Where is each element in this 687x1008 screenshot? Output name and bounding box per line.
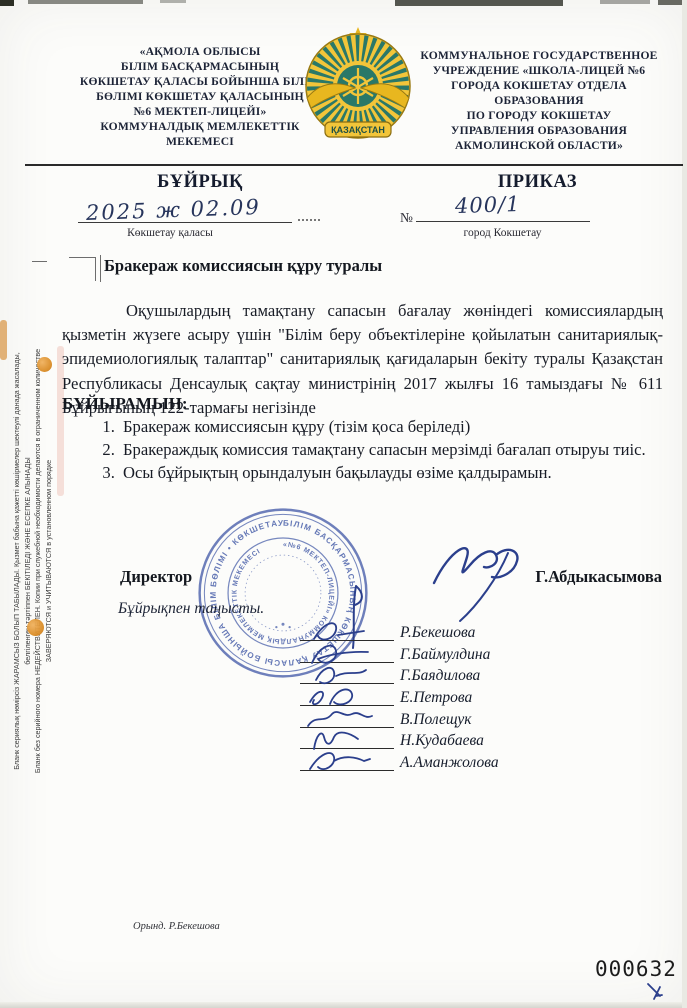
place-russian: город Кокшетау <box>420 227 585 239</box>
signatory-name: А.Аманжолова <box>400 754 499 772</box>
kazakhstan-emblem-icon: ҚАЗАҚСТАН <box>299 24 417 152</box>
scan-artifact <box>0 0 14 6</box>
director-signature <box>420 535 550 625</box>
notice-line: Бланк сериялық нөмірсіз ЖАРАМСЫЗ БОЛЫП Т… <box>12 327 23 795</box>
order-title-kazakh: БҰЙРЫҚ <box>80 172 320 193</box>
scan-artifact <box>682 0 687 1008</box>
date-line-dots <box>298 219 320 221</box>
header-divider <box>25 164 683 166</box>
corner-mark <box>69 257 96 281</box>
orange-stamp-dot <box>37 357 52 372</box>
corner-mark <box>100 255 101 282</box>
emblem-banner-label: ҚАЗАҚСТАН <box>331 125 385 135</box>
org-name-russian: КОММУНАЛЬНОЕ ГОСУДАРСТВЕННОЕ УЧРЕЖДЕНИЕ … <box>398 48 680 153</box>
signatory-name: Е.Петрова <box>400 689 472 707</box>
scan-artifact <box>0 1002 687 1008</box>
scanned-order-document: «АҚМОЛА ОБЛЫСЫ БІЛІМ БАСҚАРМАСЫНЫҢ КӨКШЕ… <box>0 0 687 1008</box>
signature-scrawl <box>306 747 386 777</box>
order-item: Бракераж комиссиясын құру (тізім қоса бе… <box>119 416 687 439</box>
order-subject: Бракераж комиссиясын құру туралы <box>104 256 382 276</box>
orange-stamp-dot <box>27 619 44 636</box>
corner-mark <box>32 261 47 262</box>
signatories-list: Р.Бекешова Г.Баймулдина Г.Баядилова Е.Пе… <box>300 625 620 777</box>
order-item: Осы бұйрықтың орындалуын бақылауды өзіме… <box>119 462 687 485</box>
signatory-name: В.Полещук <box>400 711 472 729</box>
signatory-name: Г.Баядилова <box>400 667 480 685</box>
org-line: АКМОЛИНСКОЙ ОБЛАСТИ» <box>398 138 680 153</box>
scan-artifact <box>600 0 650 4</box>
org-line: ГОРОДА КОКШЕТАУ ОТДЕЛА <box>398 78 680 93</box>
org-line: КОММУНАЛЬНОЕ ГОСУДАРСТВЕННОЕ <box>398 48 680 63</box>
org-line: УПРАВЛЕНИЯ ОБРАЗОВАНИЯ <box>398 123 680 138</box>
pen-mark <box>645 982 667 1002</box>
notice-line: ЗАВЕРЯЮТСЯ и УЧИТЫВАЮТСЯ в установленном… <box>44 327 55 795</box>
signatory-name: Н.Кудабаева <box>400 732 484 750</box>
org-line: УЧРЕЖДЕНИЕ «ШКОЛА-ЛИЦЕЙ №6 <box>398 63 680 78</box>
org-line: ПО ГОРОДУ КОКШЕТАУ <box>398 108 680 123</box>
number-line <box>416 205 590 222</box>
signatory-name: Р.Бекешова <box>400 624 475 642</box>
director-label: Директор <box>120 567 192 587</box>
scan-artifact <box>395 0 563 6</box>
serial-number: 000632 <box>595 957 677 981</box>
executor-note: Орынд. Р.Бекешова <box>133 921 220 932</box>
scan-artifact <box>28 0 143 4</box>
order-title-russian: ПРИКАЗ <box>420 172 655 193</box>
order-item: Бракераждық комиссия тамақтану сапасын м… <box>119 439 687 462</box>
place-kazakh: Көкшетау қаласы <box>80 227 260 239</box>
org-line: ОБРАЗОВАНИЯ <box>398 93 680 108</box>
scan-artifact <box>0 320 7 360</box>
margin-security-notice: Бланк сериялық нөмірсіз ЖАРАМСЫЗ БОЛЫП Т… <box>12 327 54 795</box>
signatory-name: Г.Баймулдина <box>400 646 490 664</box>
notice-line: Бланк без серийного номера НЕДЕЙСТВИТЕЛЕ… <box>33 327 44 795</box>
scan-artifact <box>160 0 186 3</box>
signatory-row: А.Аманжолова <box>300 755 620 777</box>
notice-line: белгіленген тәртіппен БЕКІТІЛЕДІ ЖӘНЕ ЕС… <box>23 327 34 795</box>
number-label: № <box>400 210 413 226</box>
resolve-word: БҰЙЫРАМЫН: <box>62 394 188 414</box>
date-line <box>78 206 292 223</box>
order-items: Бракераж комиссиясын құру (тізім қоса бе… <box>62 416 687 485</box>
